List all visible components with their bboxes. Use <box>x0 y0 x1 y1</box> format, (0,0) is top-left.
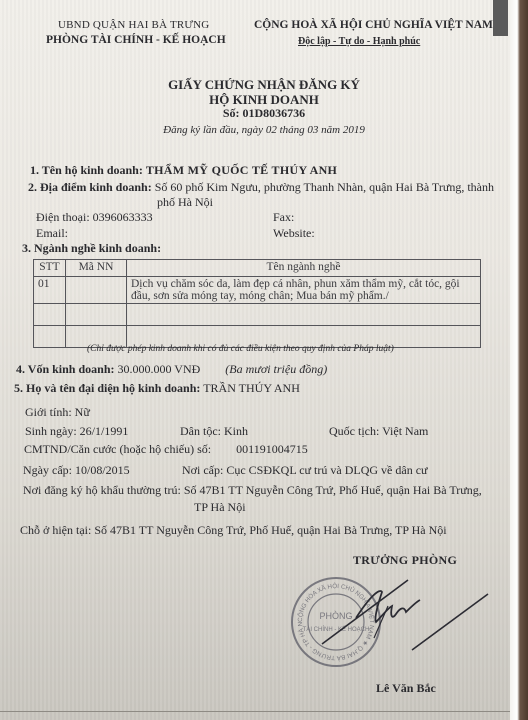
signer-name: Lê Văn Bắc <box>376 681 436 696</box>
column-header-code: Mã NN <box>66 260 127 277</box>
table-row: 01 Dịch vụ chăm sóc da, làm đẹp cá nhân,… <box>34 277 481 304</box>
email-field: Email: <box>36 226 68 241</box>
registration-date: Đăng ký lần đầu, ngày 02 tháng 03 năm 20… <box>0 124 528 136</box>
legal-note: (Chỉ được phép kinh doanh khi có đủ các … <box>87 344 394 354</box>
location-value-cont: phố Hà Nội <box>157 195 213 210</box>
table-row <box>34 304 481 326</box>
cell-code <box>66 277 127 304</box>
certificate-number: Số: 01D8036736 <box>0 106 528 121</box>
national-title: CỘNG HOÀ XÃ HỘI CHỦ NGHĨA VIỆT NAM <box>254 19 493 31</box>
location-value: Số 60 phố Kim Ngưu, phường Thanh Nhàn, q… <box>155 180 494 194</box>
business-lines-label: 3. Ngành nghề kinh doanh: <box>22 241 161 256</box>
cell-stt: 01 <box>34 277 66 304</box>
phone-field: Điện thoại: 0396063333 <box>36 210 153 225</box>
document-title: GIẤY CHỨNG NHẬN ĐĂNG KÝ <box>0 77 528 93</box>
business-name-value: THẨM MỸ QUỐC TẾ THÚY ANH <box>146 163 337 177</box>
nationality-field: Quốc tịch: Việt Nam <box>329 424 428 439</box>
business-lines-table: STT Mã NN Tên ngành nghề 01 Dịch vụ chăm… <box>33 259 481 348</box>
cell-name: Dịch vụ chăm sóc da, làm đẹp cá nhân, ph… <box>127 277 481 304</box>
capital-value: 30.000.000 VNĐ <box>118 362 201 376</box>
issuer-authority: UBND QUẬN HAI BÀ TRƯNG <box>58 19 209 31</box>
capital-row: 4. Vốn kinh doanh: 30.000.000 VNĐ (Ba mư… <box>16 362 327 377</box>
fax-field: Fax: <box>273 210 294 225</box>
representative-row: 5. Họ và tên đại diện hộ kinh doanh: TRẦ… <box>14 381 300 396</box>
current-address: Chỗ ở hiện tại: Số 47B1 TT Nguyễn Công T… <box>20 523 447 538</box>
column-header-stt: STT <box>34 260 66 277</box>
paper-fold-line <box>0 711 510 712</box>
issuer-department: PHÒNG TÀI CHÍNH - KẾ HOẠCH <box>46 34 226 46</box>
representative-name: TRẦN THÚY ANH <box>203 381 300 395</box>
id-row: CMTND/Căn cước (hoặc hộ chiếu) số: 00119… <box>24 442 308 457</box>
id-label: CMTND/Căn cước (hoặc hộ chiếu) số: <box>24 442 211 456</box>
column-header-name: Tên ngành nghề <box>127 260 481 277</box>
location-label: 2. Địa điểm kinh doanh: <box>28 180 152 194</box>
national-motto: Độc lập - Tự do - Hạnh phúc <box>298 36 420 47</box>
cell-stt <box>34 304 66 326</box>
cell-name <box>127 304 481 326</box>
website-field: Website: <box>273 226 315 241</box>
issuer-field: Nơi cấp: Cục CSĐKQL cư trú và DLQG về dâ… <box>182 463 428 478</box>
permanent-address: Nơi đăng ký hộ khẩu thường trú: Số 47B1 … <box>23 483 482 498</box>
background-object <box>493 0 508 36</box>
dob-field: Sinh ngày: 26/1/1991 <box>25 424 128 439</box>
ethnicity-field: Dân tộc: Kinh <box>180 424 248 439</box>
representative-label: 5. Họ và tên đại diện hộ kinh doanh: <box>14 381 200 395</box>
capital-words: (Ba mươi triệu đồng) <box>225 362 327 376</box>
capital-label: 4. Vốn kinh doanh: <box>16 362 115 376</box>
issue-date-field: Ngày cấp: 10/08/2015 <box>23 463 130 478</box>
signer-title: TRƯỞNG PHÒNG <box>353 553 457 568</box>
signature-icon <box>320 578 490 658</box>
gender-field: Giới tính: Nữ <box>25 405 90 420</box>
business-name-row: 1. Tên hộ kinh doanh: THẨM MỸ QUỐC TẾ TH… <box>30 163 337 178</box>
permanent-address-cont: TP Hà Nội <box>194 500 246 515</box>
cell-stt <box>34 326 66 348</box>
location-row: 2. Địa điểm kinh doanh: Số 60 phố Kim Ng… <box>28 180 494 195</box>
id-value: 001191004715 <box>236 442 308 456</box>
business-name-label: 1. Tên hộ kinh doanh: <box>30 163 143 177</box>
cell-code <box>66 304 127 326</box>
